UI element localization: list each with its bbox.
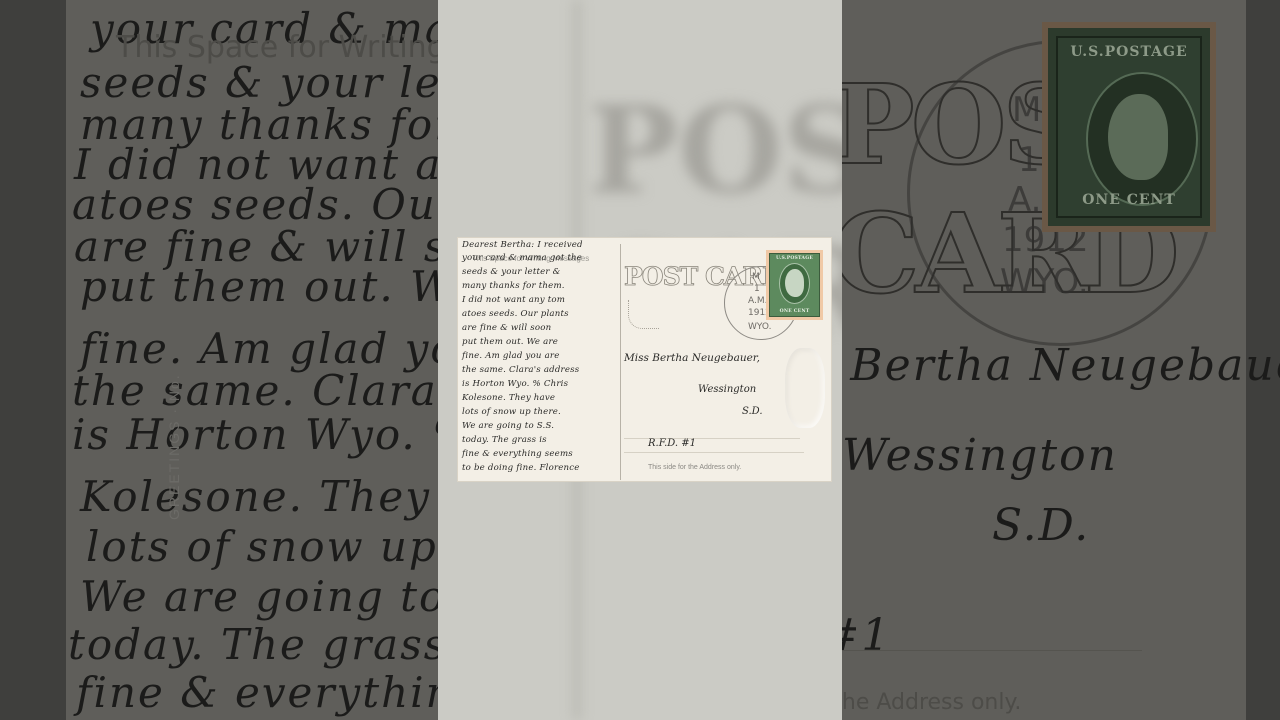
- recipient-city: Wessington: [842, 430, 1118, 481]
- recipient-city: Wessington: [698, 384, 756, 395]
- postmark-text: WYO.: [748, 322, 771, 332]
- message-line: lots of snow up there.: [462, 407, 561, 417]
- recipient-state: S.D.: [992, 500, 1090, 551]
- postmark-text: 1: [1018, 140, 1040, 180]
- stamp-bottom-text: ONE CENT: [1058, 192, 1200, 208]
- message-line: We are going to S.S.: [462, 421, 554, 431]
- postmark-text: WYO.: [1000, 262, 1089, 302]
- stamp-face: U.S.POSTAGE ONE CENT: [1056, 36, 1202, 218]
- handwriting-line: the same. Clara's address: [72, 366, 438, 415]
- handwriting-line: put them out. We are: [80, 262, 438, 311]
- message-line: fine. Am glad you are: [462, 351, 560, 361]
- postage-stamp: U.S.POSTAGE ONE CENT: [1042, 22, 1216, 232]
- stamp-top-text: U.S.POSTAGE: [1058, 44, 1200, 60]
- video-frame-center: POST CARD This Space for Writing Message…: [438, 0, 842, 720]
- message-line: your card & mama got the: [462, 253, 582, 263]
- postmark-text: 1: [754, 284, 760, 294]
- ornament-flourish-icon: [628, 300, 659, 329]
- stamp-bottom-text: ONE CENT: [770, 309, 819, 314]
- recipient-route: R.F.D. #1: [648, 438, 696, 449]
- message-line: I did not want any tom: [462, 295, 565, 305]
- postmark-text: M: [1012, 90, 1041, 130]
- recipient-name: Miss Bertha Neugebauer,: [842, 340, 1280, 391]
- message-line: atoes seeds. Our plants: [462, 309, 569, 319]
- handwriting-line: Kolesone. They have: [80, 472, 438, 521]
- message-line: fine & everything seems: [462, 449, 573, 459]
- message-line: is Horton Wyo. % Chris: [462, 379, 568, 389]
- recipient-name: Miss Bertha Neugebauer,: [624, 352, 760, 364]
- side-imprint: GREETINGS · No.: [166, 373, 182, 520]
- stamp-face: U.S.POSTAGE ONE CENT: [769, 253, 820, 317]
- postmark-text: M: [752, 272, 760, 282]
- recipient-state: S.D.: [742, 406, 763, 417]
- handwriting-line: lots of snow up there.: [86, 522, 438, 571]
- message-address-divider: [620, 244, 621, 480]
- stamp-top-text: U.S.POSTAGE: [770, 256, 819, 261]
- background-zoom-right: POST CARD M 1 A.M. 1912 WYO. U.S.POSTAGE…: [842, 0, 1280, 720]
- address-side-label: This side for the Address only.: [648, 464, 741, 471]
- message-line: the same. Clara's address: [462, 365, 579, 375]
- postmark-text: A.M.: [748, 296, 768, 306]
- message-line: are fine & will soon: [462, 323, 551, 333]
- embossed-decoration: [785, 348, 825, 428]
- portrait-icon: [785, 269, 804, 297]
- background-zoom-left: your card & mama got the This Space for …: [0, 0, 438, 720]
- message-line: today. The grass is: [462, 435, 547, 445]
- postcard-address-closeup: POST CARD M 1 A.M. 1912 WYO. U.S.POSTAGE…: [842, 0, 1246, 720]
- handwriting-line: today. The grass is: [68, 620, 438, 669]
- message-line: Dearest Bertha: I received: [462, 240, 583, 250]
- address-side-label: This side for the Address only.: [842, 690, 1021, 715]
- message-line: seeds & your letter &: [462, 267, 561, 277]
- handwriting-line: fine & everything seems: [76, 668, 438, 717]
- postage-stamp: U.S.POSTAGE ONE CENT: [766, 250, 823, 320]
- message-line: Kolesone. They have: [462, 393, 555, 403]
- portrait-icon: [1108, 94, 1168, 180]
- message-line: to be doing fine. Florence: [462, 463, 580, 473]
- postcard-message-closeup: your card & mama got the This Space for …: [66, 0, 438, 720]
- address-rule: [842, 650, 1142, 651]
- handwriting-line: is Horton Wyo. % Chris: [72, 410, 438, 459]
- recipient-route: R.F.D. #1: [842, 610, 891, 661]
- message-line: put them out. We are: [462, 337, 558, 347]
- message-line: many thanks for them.: [462, 281, 565, 291]
- address-rule: [624, 452, 804, 453]
- handwriting-line: We are going to S.S.: [80, 572, 438, 621]
- postcard: This Space for Writing Messages Dearest …: [458, 238, 831, 481]
